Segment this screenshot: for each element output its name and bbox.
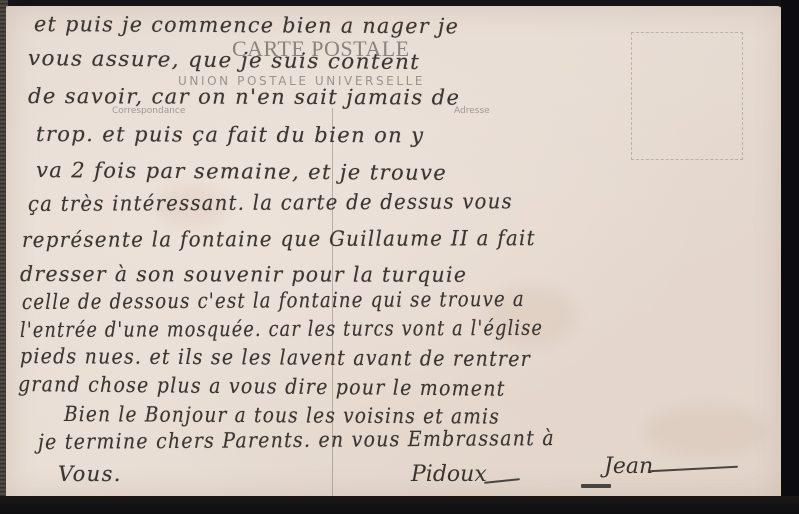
message-line: ça très intéressant. la carte de dessus … [28,189,513,216]
signature-right: Jean [604,454,653,479]
background-bottom [0,496,799,514]
message-line: trop. et puis ça fait du bien on y [36,122,425,147]
photo-scene: CARTE POSTALE UNION POSTALE UNIVERSELLE … [0,0,799,514]
message-line: je termine chers Parents. en vous Embras… [38,426,555,454]
message-line: représente la fontaine que Guillaume II … [22,226,536,252]
message-line: et puis je commence bien a nager je [34,12,459,38]
message-line: Vous. [58,462,122,486]
signature-left: Pidoux [411,462,487,487]
ink-blot [581,484,611,488]
signature-flourish [648,466,738,473]
message-line: grand chose plus a vous dire pour le mom… [18,372,506,401]
message-line: va 2 fois par semaine, et je trouve [36,158,447,185]
message-line: Bien le Bonjour a tous les voisins et am… [64,402,500,429]
message-line: pieds nues. et ils se les lavent avant d… [20,344,531,371]
message-line: l'entrée d'une mosquée. car les turcs vo… [20,316,543,342]
message-line: dresser à son souvenir pour la turquie [20,262,467,287]
message-line: vous assure, que je suis content [28,46,421,74]
postcard: CARTE POSTALE UNION POSTALE UNIVERSELLE … [6,6,783,498]
message-line: de savoir, car on n'en sait jamais de [28,84,460,110]
signature-flourish [484,478,520,484]
background-right [781,0,799,514]
handwritten-message: et puis je commence bien a nager je vous… [6,6,783,498]
message-line: celle de dessous c'est la fontaine qui s… [22,287,525,314]
